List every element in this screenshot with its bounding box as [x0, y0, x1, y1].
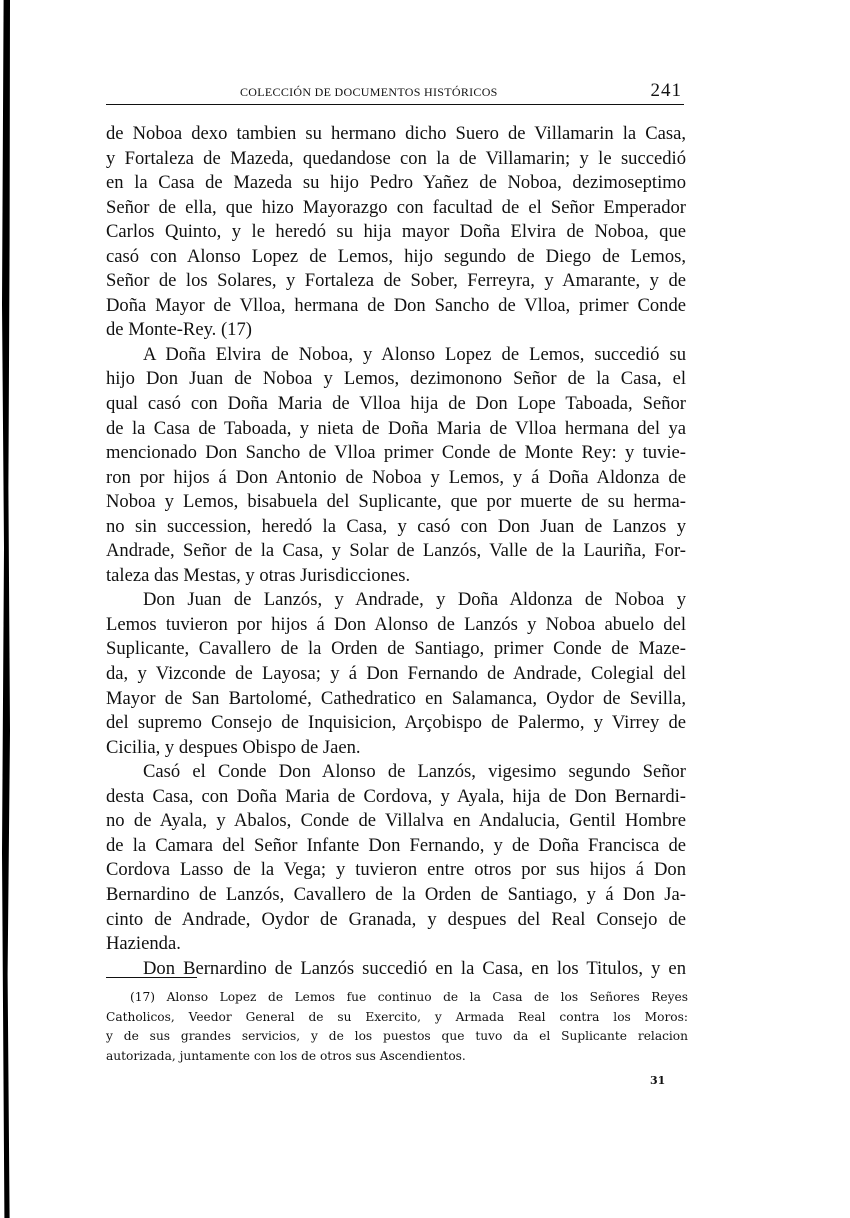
text-line: Suplicante, Cavallero de la Orden de San…	[106, 637, 686, 662]
text-line: taleza das Mestas, y otras Jurisdiccione…	[106, 564, 686, 589]
text-line: Lemos tuvieron por hijos á Don Alonso de…	[106, 613, 686, 638]
text-line: del supremo Consejo de Inquisicion, Arço…	[106, 711, 686, 736]
book-binding-edge	[2, 0, 10, 1218]
footnote-line: autorizada, juntamente con los de otros …	[106, 1047, 688, 1067]
text-line: Mayor de San Bartolomé, Cathedratico en …	[106, 687, 686, 712]
text-line: y Fortaleza de Mazeda, quedandose con la…	[106, 147, 686, 172]
running-head: Colección de documentos históricos 241	[106, 80, 686, 102]
running-title: Colección de documentos históricos	[240, 85, 498, 100]
text-line: ron por hijos á Don Antonio de Noboa y L…	[106, 466, 686, 491]
signature-mark: 31	[650, 1074, 665, 1087]
text-line: Señor de los Solares, y Fortaleza de Sob…	[106, 269, 686, 294]
footnote-rule	[106, 977, 197, 978]
text-line: casó con Alonso Lopez de Lemos, hijo seg…	[106, 245, 686, 270]
text-line: da, y Vizconde de Layosa; y á Don Fernan…	[106, 662, 686, 687]
paragraph-start-line: A Doña Elvira de Noboa, y Alonso Lopez d…	[106, 343, 686, 368]
text-line: en la Casa de Mazeda su hijo Pedro Yañez…	[106, 171, 686, 196]
footnote-line: (17) Alonso Lopez de Lemos fue continuo …	[106, 988, 688, 1008]
text-line: de la Camara del Señor Infante Don Ferna…	[106, 834, 686, 859]
text-line: Señor de ella, que hizo Mayorazgo con fa…	[106, 196, 686, 221]
footnote-line: Catholicos, Veedor General de su Exercit…	[106, 1008, 688, 1028]
body-text: de Noboa dexo tambien su hermano dicho S…	[106, 122, 686, 981]
text-line: no sin succession, heredó la Casa, y cas…	[106, 515, 686, 540]
text-line: Cordova Lasso de la Vega; y tuvieron ent…	[106, 858, 686, 883]
text-line: Noboa y Lemos, bisabuela del Suplicante,…	[106, 490, 686, 515]
text-line: Carlos Quinto, y le heredó su hija mayor…	[106, 220, 686, 245]
text-line: Bernardino de Lanzós, Cavallero de la Or…	[106, 883, 686, 908]
text-line: Hazienda.	[106, 932, 686, 957]
footnote-line: y de sus grandes servicios, y de los pue…	[106, 1027, 688, 1047]
paragraph-start-line: Casó el Conde Don Alonso de Lanzós, vige…	[106, 760, 686, 785]
footnotes: (17) Alonso Lopez de Lemos fue continuo …	[106, 988, 688, 1066]
header-rule	[106, 104, 684, 105]
text-line: de Noboa dexo tambien su hermano dicho S…	[106, 122, 686, 147]
text-line: de la Casa de Taboada, y nieta de Doña M…	[106, 417, 686, 442]
text-line: desta Casa, con Doña Maria de Cordova, y…	[106, 785, 686, 810]
text-line: Cicilia, y despues Obispo de Jaen.	[106, 736, 686, 761]
page-number: 241	[651, 80, 683, 102]
text-line: qual casó con Doña Maria de Vlloa hija d…	[106, 392, 686, 417]
paragraph-start-line: Don Juan de Lanzós, y Andrade, y Doña Al…	[106, 588, 686, 613]
text-line: cinto de Andrade, Oydor de Granada, y de…	[106, 908, 686, 933]
text-line: de Monte-Rey. (17)	[106, 318, 686, 343]
text-line: Andrade, Señor de la Casa, y Solar de La…	[106, 539, 686, 564]
text-line: no de Ayala, y Abalos, Conde de Villalva…	[106, 809, 686, 834]
text-line: hijo Don Juan de Noboa y Lemos, dezimono…	[106, 367, 686, 392]
text-line: Doña Mayor de Vlloa, hermana de Don Sanc…	[106, 294, 686, 319]
text-line: mencionado Don Sancho de Vlloa primer Co…	[106, 441, 686, 466]
